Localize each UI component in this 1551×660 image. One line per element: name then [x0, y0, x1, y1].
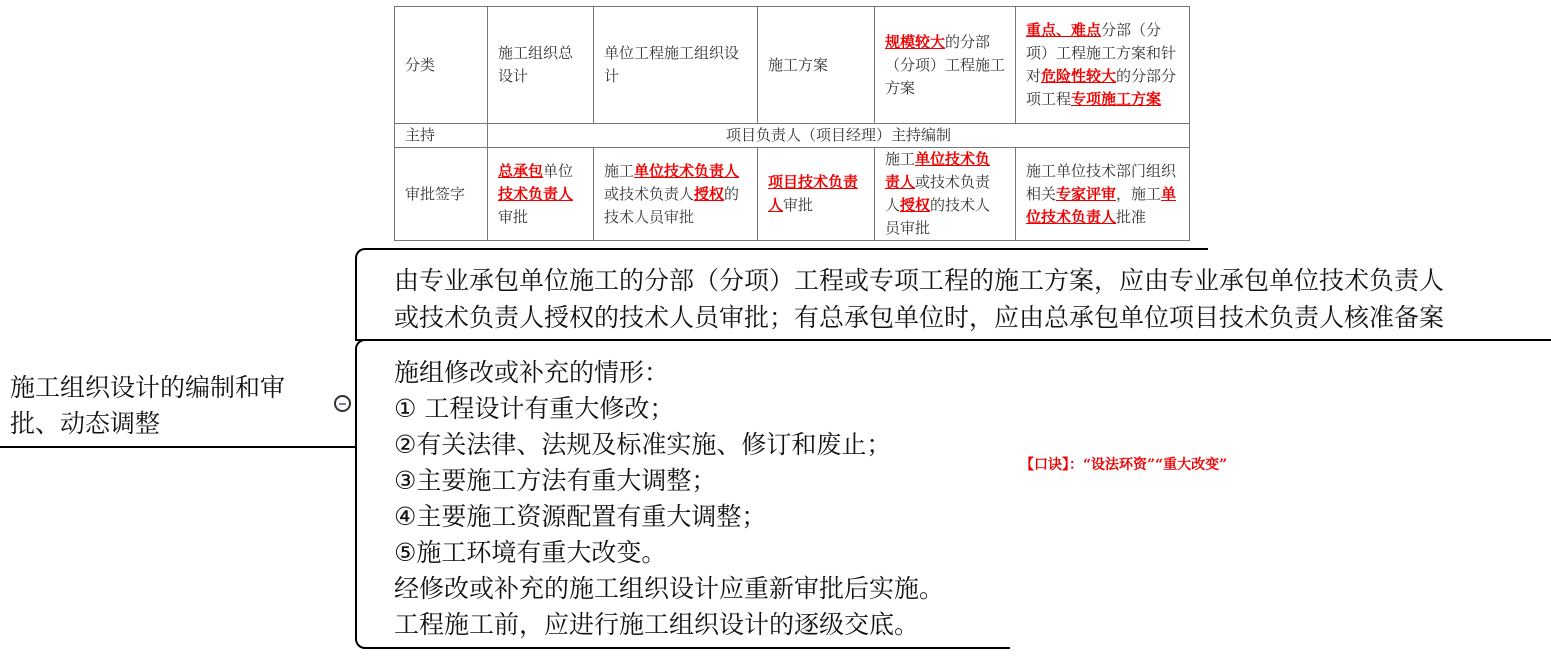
root-topic-line: 批、动态调整: [10, 406, 330, 442]
mnemonic-note: 【口诀】：“设法环资”“重大改变”: [1020, 454, 1227, 474]
cell-text: 施工: [604, 162, 634, 180]
node-text-line: 由专业承包单位施工的分部（分项）工程或专项工程的施工方案，应由专业承包单位技术负…: [394, 262, 1444, 299]
node2-text: 施组修改或补充的情形： ① 工程设计有重大修改； ②有关法律、法规及标准实施、修…: [394, 355, 944, 643]
mindmap-root-topic[interactable]: 施工组织设计的编制和审 批、动态调整: [10, 370, 330, 442]
construction-plan-table: 分类 施工组织总设计 单位工程施工组织设计 施工方案 规模较大的分部（分项）工程…: [394, 6, 1190, 241]
root-topic-line: 施工组织设计的编制和审: [10, 370, 330, 406]
reference-table-image: 分类 施工组织总设计 单位工程施工组织设计 施工方案 规模较大的分部（分项）工程…: [394, 6, 1189, 242]
cell-text: 施工方案: [768, 56, 828, 74]
node-text-line: 经修改或补充的施工组织设计应重新审批后实施。: [394, 571, 944, 607]
cell-category: 规模较大的分部（分项）工程施工方案: [875, 7, 1016, 124]
node-text-line: ④主要施工资源配置有重大调整；: [394, 499, 944, 535]
cell-text: 审批: [783, 196, 813, 214]
cell-approval: 施工单位技术负责人或技术负责人授权的技术人员审批: [594, 148, 758, 241]
table-row-approval: 审批签字 总承包单位技术负责人审批 施工单位技术负责人或技术负责人授权的技术人员…: [395, 148, 1190, 241]
cell-text: 施工: [885, 150, 915, 168]
cell-text: 或技术负责人: [604, 185, 694, 203]
row-label-host: 主持: [395, 124, 488, 148]
cell-text: ，施工: [1116, 185, 1161, 203]
cell-category: 施工组织总设计: [488, 7, 594, 124]
highlighted-text: 技术负责人: [498, 185, 573, 203]
node-text-line: ⑤施工环境有重大改变。: [394, 535, 944, 571]
cell-text: 审批: [498, 208, 528, 226]
node-text-line: ① 工程设计有重大修改；: [394, 391, 944, 427]
node-text-line: ②有关法律、法规及标准实施、修订和废止；: [394, 427, 944, 463]
highlighted-text: 专项施工方案: [1071, 90, 1161, 108]
highlighted-text: 单位技术负责人: [634, 162, 739, 180]
cell-text: 施工组织总设计: [498, 44, 573, 85]
collapse-toggle-minus-circle-icon[interactable]: [334, 395, 351, 412]
row-label-category: 分类: [395, 7, 488, 124]
highlighted-text: 专家评审: [1056, 185, 1116, 203]
root-node-underline: [0, 446, 357, 448]
cell-category: 单位工程施工组织设计: [594, 7, 758, 124]
cell-text: 单位: [543, 162, 573, 180]
row-label-approval: 审批签字: [395, 148, 488, 241]
highlighted-text: 重点、难点: [1026, 21, 1101, 39]
node-text-line: 工程施工前，应进行施工组织设计的逐级交底。: [394, 607, 944, 643]
node1-text: 由专业承包单位施工的分部（分项）工程或专项工程的施工方案，应由专业承包单位技术负…: [394, 262, 1444, 336]
divider: [355, 339, 1551, 341]
cell-approval: 项目技术负责人审批: [758, 148, 875, 241]
cell-category: 重点、难点分部（分项）工程施工方案和针对危险性较大的分部分项工程专项施工方案: [1016, 7, 1190, 124]
highlighted-text: 授权: [900, 196, 930, 214]
node-text-line: 或技术负责人授权的技术人员审批；有总承包单位时，应由总承包单位项目技术负责人核准…: [394, 299, 1444, 336]
divider: [1208, 246, 1551, 252]
cell-text: 单位工程施工组织设计: [604, 44, 739, 85]
highlighted-text: 危险性较大: [1041, 67, 1116, 85]
table-row-category: 分类 施工组织总设计 单位工程施工组织设计 施工方案 规模较大的分部（分项）工程…: [395, 7, 1190, 124]
highlighted-text: 规模较大: [885, 33, 945, 51]
node-text-line: ③主要施工方法有重大调整；: [394, 463, 944, 499]
cell-approval: 总承包单位技术负责人审批: [488, 148, 594, 241]
highlighted-text: 授权: [694, 185, 724, 203]
node-text-line: 施组修改或补充的情形：: [394, 355, 944, 391]
cell-approval: 施工单位技术负责人或技术负责人授权的技术人员审批: [875, 148, 1016, 241]
cell-text: 批准: [1116, 208, 1146, 226]
table-row-host: 主持 项目负责人（项目经理）主持编制: [395, 124, 1190, 148]
cell-category: 施工方案: [758, 7, 875, 124]
highlighted-text: 总承包: [498, 162, 543, 180]
cell-host: 项目负责人（项目经理）主持编制: [488, 124, 1190, 148]
cell-approval: 施工单位技术部门组织相关专家评审，施工单位技术负责人批准: [1016, 148, 1190, 241]
